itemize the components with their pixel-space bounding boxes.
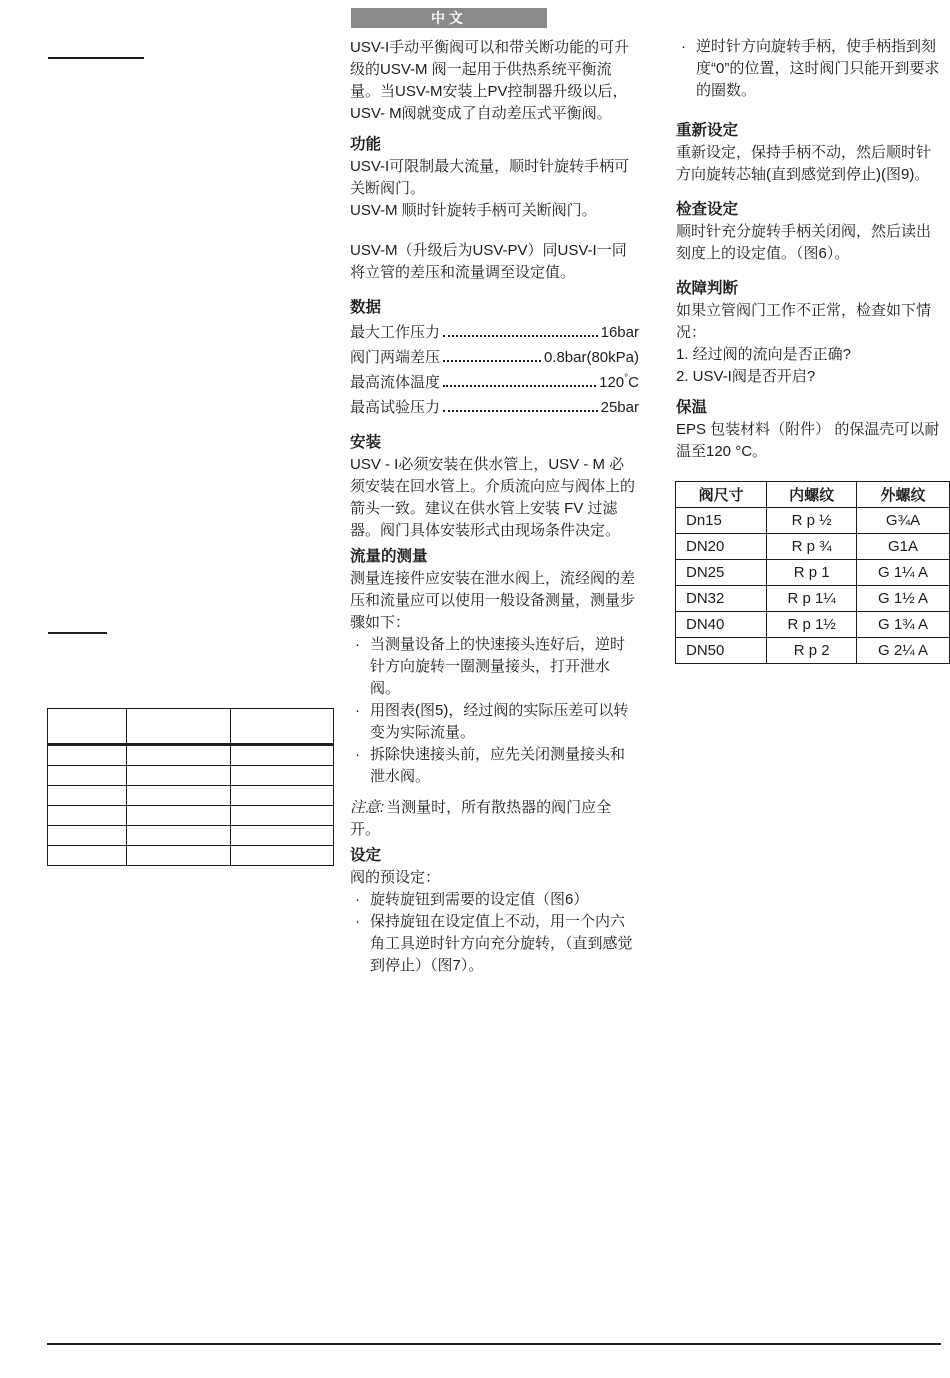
cell-internal-thread: R p ½ xyxy=(767,508,857,534)
bullet-icon: · xyxy=(355,911,360,933)
empty-cell xyxy=(231,709,334,745)
cell-external-thread: G 1¾ A xyxy=(857,612,950,638)
right-column: · 逆时针方向旋转手柄，使手柄指到刻度“0”的位置，这时阀门只能开到要求的圈数。… xyxy=(676,36,943,463)
cell-external-thread: G1A xyxy=(857,534,950,560)
cell-internal-thread: R p 1 xyxy=(767,560,857,586)
cell-valve-size: DN40 xyxy=(676,612,767,638)
list-item: · 逆时针方向旋转手柄，使手柄指到刻度“0”的位置，这时阀门只能开到要求的圈数。 xyxy=(676,36,943,102)
cell-valve-size: DN50 xyxy=(676,638,767,664)
bullet-icon: · xyxy=(355,889,360,911)
empty-cell xyxy=(231,786,334,806)
language-banner: 中文 xyxy=(351,8,547,28)
cell-internal-thread: R p 2 xyxy=(767,638,857,664)
empty-cell xyxy=(127,709,231,745)
empty-cell xyxy=(127,806,231,826)
notice-paragraph: 注意:当测量时，所有散热器的阀门应全开。 xyxy=(350,797,639,841)
insulation-paragraph: EPS 包装材料（附件） 的保温壳可以耐温至120 °C。 xyxy=(676,419,943,463)
cell-valve-size: Dn15 xyxy=(676,508,767,534)
section-heading-reset: 重新设定 xyxy=(676,120,943,142)
empty-cell xyxy=(231,846,334,866)
empty-cell xyxy=(127,766,231,786)
section-heading-function: 功能 xyxy=(350,134,639,156)
thread-size-table: 阀尺寸 内螺纹 外螺纹 Dn15 R p ½ G¾A DN20 R p ¾ G1… xyxy=(675,481,950,664)
upgrade-paragraph: USV-M（升级后为USV-PV）同USV-I一同将立管的差压和流量调至设定值。 xyxy=(350,240,639,284)
data-label: 最高试验压力 xyxy=(350,397,440,419)
bullet-icon: · xyxy=(355,700,360,722)
install-paragraph: USV - I必须安装在供水管上，USV - M 必须安装在回水管上。介质流向应… xyxy=(350,454,639,542)
table-row: DN40 R p 1½ G 1¾ A xyxy=(676,612,950,638)
empty-cell xyxy=(127,745,231,766)
reset-paragraph: 重新设定，保持手柄不动，然后顺时针方向旋转芯轴(直到感觉到停止)(图9)。 xyxy=(676,142,943,186)
page-bottom-rule xyxy=(47,1343,941,1345)
column-header: 内螺纹 xyxy=(767,482,857,508)
list-item-text: 逆时针方向旋转手柄，使手柄指到刻度“0”的位置，这时阀门只能开到要求的圈数。 xyxy=(696,38,939,99)
column-header: 外螺纹 xyxy=(857,482,950,508)
table-row xyxy=(48,806,334,826)
list-item-text: 拆除快速接头前，应先关闭测量接头和泄水阀。 xyxy=(370,746,625,785)
cell-internal-thread: R p ¾ xyxy=(767,534,857,560)
dot-leader xyxy=(443,344,541,362)
table-row xyxy=(48,846,334,866)
empty-cell xyxy=(127,826,231,846)
data-row: 最高流体温度 120°C xyxy=(350,369,639,394)
data-label: 阀门两端差压 xyxy=(350,347,440,369)
intro-paragraph: USV-I手动平衡阀可以和带关断功能的可升级的USV-M 阀一起用于供热系统平衡… xyxy=(350,37,639,125)
cell-external-thread: G 1½ A xyxy=(857,586,950,612)
dot-leader xyxy=(443,394,598,412)
left-top-rule xyxy=(48,57,144,59)
trouble-item: 1. 经过阀的流向是否正确? xyxy=(676,344,943,366)
section-heading-install: 安装 xyxy=(350,432,639,454)
list-item: · 拆除快速接头前，应先关闭测量接头和泄水阀。 xyxy=(350,744,639,788)
table-row xyxy=(48,745,334,766)
data-value: 0.8bar(80kPa) xyxy=(544,347,639,369)
empty-cell xyxy=(48,709,127,745)
table-row: DN50 R p 2 G 2¼ A xyxy=(676,638,950,664)
section-heading-check: 检查设定 xyxy=(676,199,943,221)
empty-cell xyxy=(231,826,334,846)
column-header: 阀尺寸 xyxy=(676,482,767,508)
section-heading-flow-measure: 流量的测量 xyxy=(350,546,639,568)
flow-paragraph: 测量连接件应安装在泄水阀上，流经阀的差压和流量应可以使用一般设备测量，测量步骤如… xyxy=(350,568,639,634)
empty-cell xyxy=(48,846,127,866)
trouble-paragraph: 如果立管阀门工作不正常，检查如下情况： xyxy=(676,300,943,344)
notice-label: 注意: xyxy=(350,799,384,816)
middle-column: 中文 USV-I手动平衡阀可以和带关断功能的可升级的USV-M 阀一起用于供热系… xyxy=(350,8,639,977)
empty-cell xyxy=(48,745,127,766)
function-line: USV-I可限制最大流量，顺时针旋转手柄可关断阀门。 xyxy=(350,156,639,200)
table-row xyxy=(48,826,334,846)
document-page: 中文 USV-I手动平衡阀可以和带关断功能的可升级的USV-M 阀一起用于供热系… xyxy=(0,0,950,1378)
data-row: 最大工作压力 16bar xyxy=(350,319,639,344)
empty-cell xyxy=(48,786,127,806)
check-paragraph: 顺时针充分旋转手柄关闭阀，然后读出刻度上的设定值。（图6）。 xyxy=(676,221,943,265)
cell-valve-size: DN32 xyxy=(676,586,767,612)
dot-leader xyxy=(443,369,596,387)
data-row: 最高试验压力 25bar xyxy=(350,394,639,419)
data-value: 25bar xyxy=(601,397,639,419)
empty-cell xyxy=(127,846,231,866)
list-item-text: 用图表(图5)，经过阀的实际压差可以转变为实际流量。 xyxy=(370,702,628,741)
empty-cell xyxy=(48,766,127,786)
table-row xyxy=(48,786,334,806)
table-row: DN25 R p 1 G 1¼ A xyxy=(676,560,950,586)
section-heading-insulation: 保温 xyxy=(676,397,943,419)
list-item: · 当测量设备上的快速接头连好后，逆时针方向旋转一圈测量接头，打开泄水阀。 xyxy=(350,634,639,700)
data-row: 阀门两端差压 0.8bar(80kPa) xyxy=(350,344,639,369)
table-row xyxy=(48,766,334,786)
list-item: · 用图表(图5)，经过阀的实际压差可以转变为实际流量。 xyxy=(350,700,639,744)
cell-external-thread: G¾A xyxy=(857,508,950,534)
cell-internal-thread: R p 1¼ xyxy=(767,586,857,612)
bullet-icon: · xyxy=(355,634,360,656)
cell-external-thread: G 1¼ A xyxy=(857,560,950,586)
bullet-icon: · xyxy=(681,36,686,58)
table-row: DN32 R p 1¼ G 1½ A xyxy=(676,586,950,612)
dot-leader xyxy=(443,319,598,337)
bullet-icon: · xyxy=(355,744,360,766)
section-heading-setting: 设定 xyxy=(350,845,639,867)
section-heading-trouble: 故障判断 xyxy=(676,278,943,300)
setting-paragraph: 阀的预设定： xyxy=(350,867,639,889)
notice-text: 当测量时，所有散热器的阀门应全开。 xyxy=(350,799,611,838)
list-item: · 保持旋钮在设定值上不动，用一个内六角工具逆时针方向充分旋转，（直到感觉到停止… xyxy=(350,911,639,977)
table-row xyxy=(48,709,334,745)
data-label: 最高流体温度 xyxy=(350,372,440,394)
function-line: USV-M 顺时针旋转手柄可关断阀门。 xyxy=(350,200,639,222)
list-item: · 旋转旋钮到需要的设定值（图6） xyxy=(350,889,639,911)
table-row: DN20 R p ¾ G1A xyxy=(676,534,950,560)
empty-cell xyxy=(231,745,334,766)
empty-size-table xyxy=(47,708,334,866)
trouble-item: 2. USV-I阀是否开启? xyxy=(676,366,943,388)
left-mid-rule xyxy=(48,632,107,634)
cell-external-thread: G 2¼ A xyxy=(857,638,950,664)
data-value: 16bar xyxy=(601,322,639,344)
empty-cell xyxy=(231,766,334,786)
data-value: 120°C xyxy=(599,372,639,394)
cell-valve-size: DN20 xyxy=(676,534,767,560)
table-header-row: 阀尺寸 内螺纹 外螺纹 xyxy=(676,482,950,508)
list-item-text: 旋转旋钮到需要的设定值（图6） xyxy=(370,891,588,908)
list-item-text: 当测量设备上的快速接头连好后，逆时针方向旋转一圈测量接头，打开泄水阀。 xyxy=(370,636,625,697)
data-label: 最大工作压力 xyxy=(350,322,440,344)
empty-cell xyxy=(127,786,231,806)
empty-cell xyxy=(48,806,127,826)
table-row: Dn15 R p ½ G¾A xyxy=(676,508,950,534)
cell-internal-thread: R p 1½ xyxy=(767,612,857,638)
empty-cell xyxy=(231,806,334,826)
empty-cell xyxy=(48,826,127,846)
list-item-text: 保持旋钮在设定值上不动，用一个内六角工具逆时针方向充分旋转，（直到感觉到停止）（… xyxy=(370,913,633,974)
cell-valve-size: DN25 xyxy=(676,560,767,586)
section-heading-data: 数据 xyxy=(350,297,639,319)
